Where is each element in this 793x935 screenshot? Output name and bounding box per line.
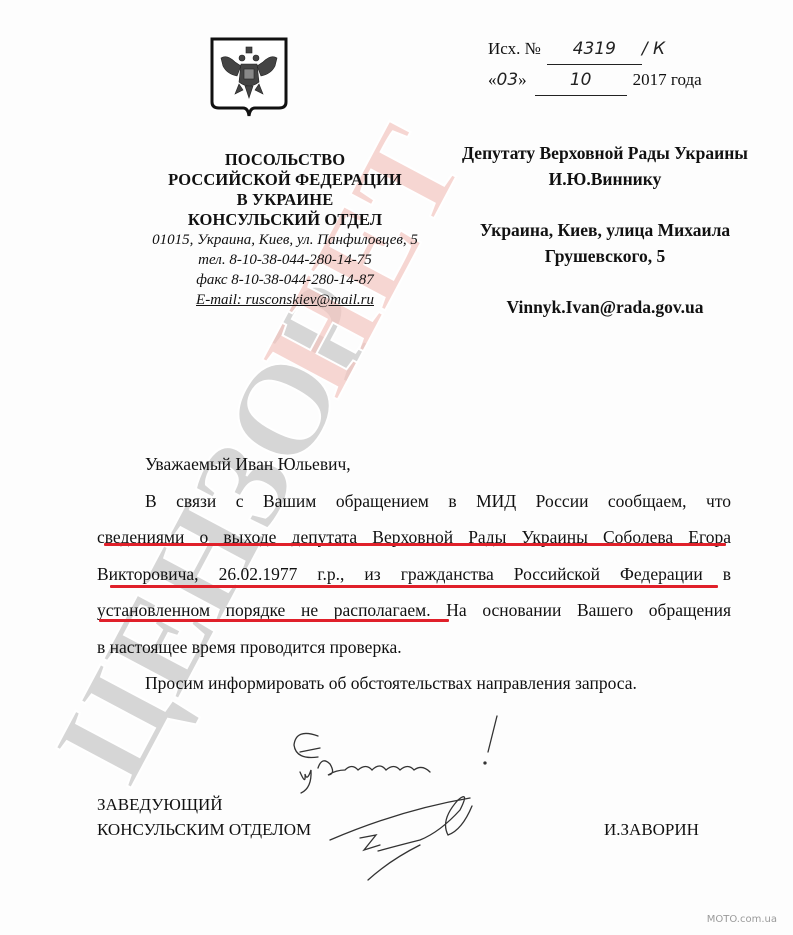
- reference-number: 4319: [547, 34, 642, 65]
- signatory-name: И.ЗАВОРИН: [604, 817, 699, 842]
- sender-org-line: КОНСУЛЬСКИЙ ОТДЕЛ: [150, 210, 420, 230]
- day-quote-open: «: [488, 65, 497, 95]
- recipient-block: Депутату Верховной Рады Украины И.Ю.Винн…: [420, 140, 790, 320]
- recipient-name: И.Ю.Виннику: [420, 166, 790, 192]
- sender-email: E-mail: rusconskiev@mail.ru: [150, 290, 420, 310]
- recipient-email: Vinnyk.Ivan@rada.gov.ua: [420, 294, 790, 320]
- signatory-title-line: КОНСУЛЬСКИМ ОТДЕЛОМ: [97, 817, 311, 842]
- highlight-underline: [110, 585, 718, 588]
- body-line: в настоящее время проводится проверка.: [97, 629, 731, 666]
- reference-month: 10: [535, 65, 627, 96]
- recipient-address-line: Грушевского, 5: [420, 243, 790, 269]
- sender-phone: тел. 8-10-38-044-280-14-75: [150, 250, 420, 270]
- body-line: В связи с Вашим обращением в МИД России …: [97, 483, 731, 520]
- salutation: Уважаемый Иван Юльевич,: [97, 446, 731, 483]
- sender-org-line: ПОСОЛЬСТВО: [150, 150, 420, 170]
- recipient-address-line: Украина, Киев, улица Михаила: [420, 217, 790, 243]
- highlight-underline: [104, 543, 726, 546]
- sender-org-line: РОССИЙСКОЙ ФЕДЕРАЦИИ: [150, 170, 420, 190]
- body-line: установленном порядке не располагаем. На…: [97, 592, 731, 629]
- request-paragraph: Просим информировать об обстоятельствах …: [97, 665, 731, 702]
- reference-year: 2017 года: [633, 65, 702, 95]
- highlight-underline: [99, 619, 449, 622]
- document-page: ЦЕНЗОР НЕТ: [0, 0, 793, 935]
- letter-body: Уважаемый Иван Юльевич, В связи с Вашим …: [97, 446, 731, 702]
- sender-address: 01015, Украина, Киев, ул. Панфиловцев, 5: [150, 230, 420, 250]
- sender-org-line: В УКРАИНЕ: [150, 190, 420, 210]
- signatory-title-line: ЗАВЕДУЮЩИЙ: [97, 792, 311, 817]
- sender-block: ПОСОЛЬСТВО РОССИЙСКОЙ ФЕДЕРАЦИИ В УКРАИН…: [150, 150, 420, 310]
- sender-fax: факс 8-10-38-044-280-14-87: [150, 270, 420, 290]
- day-quote-close: »: [518, 65, 527, 95]
- reference-label: Исх. №: [488, 34, 541, 64]
- signatory-title: ЗАВЕДУЮЩИЙ КОНСУЛЬСКИМ ОТДЕЛОМ: [97, 792, 311, 842]
- recipient-title: Депутату Верховной Рады Украины: [420, 140, 790, 166]
- reference-day: 03: [497, 65, 519, 95]
- russian-coat-of-arms-icon: [209, 36, 289, 122]
- reference-suffix: / К: [642, 34, 665, 64]
- body-line: сведениями о выходе депутата Верховной Р…: [97, 519, 731, 556]
- outgoing-reference: Исх. № 4319 / К « 03 » 10 2017 года: [488, 34, 702, 96]
- source-credit: MOTO.com.ua: [707, 914, 777, 925]
